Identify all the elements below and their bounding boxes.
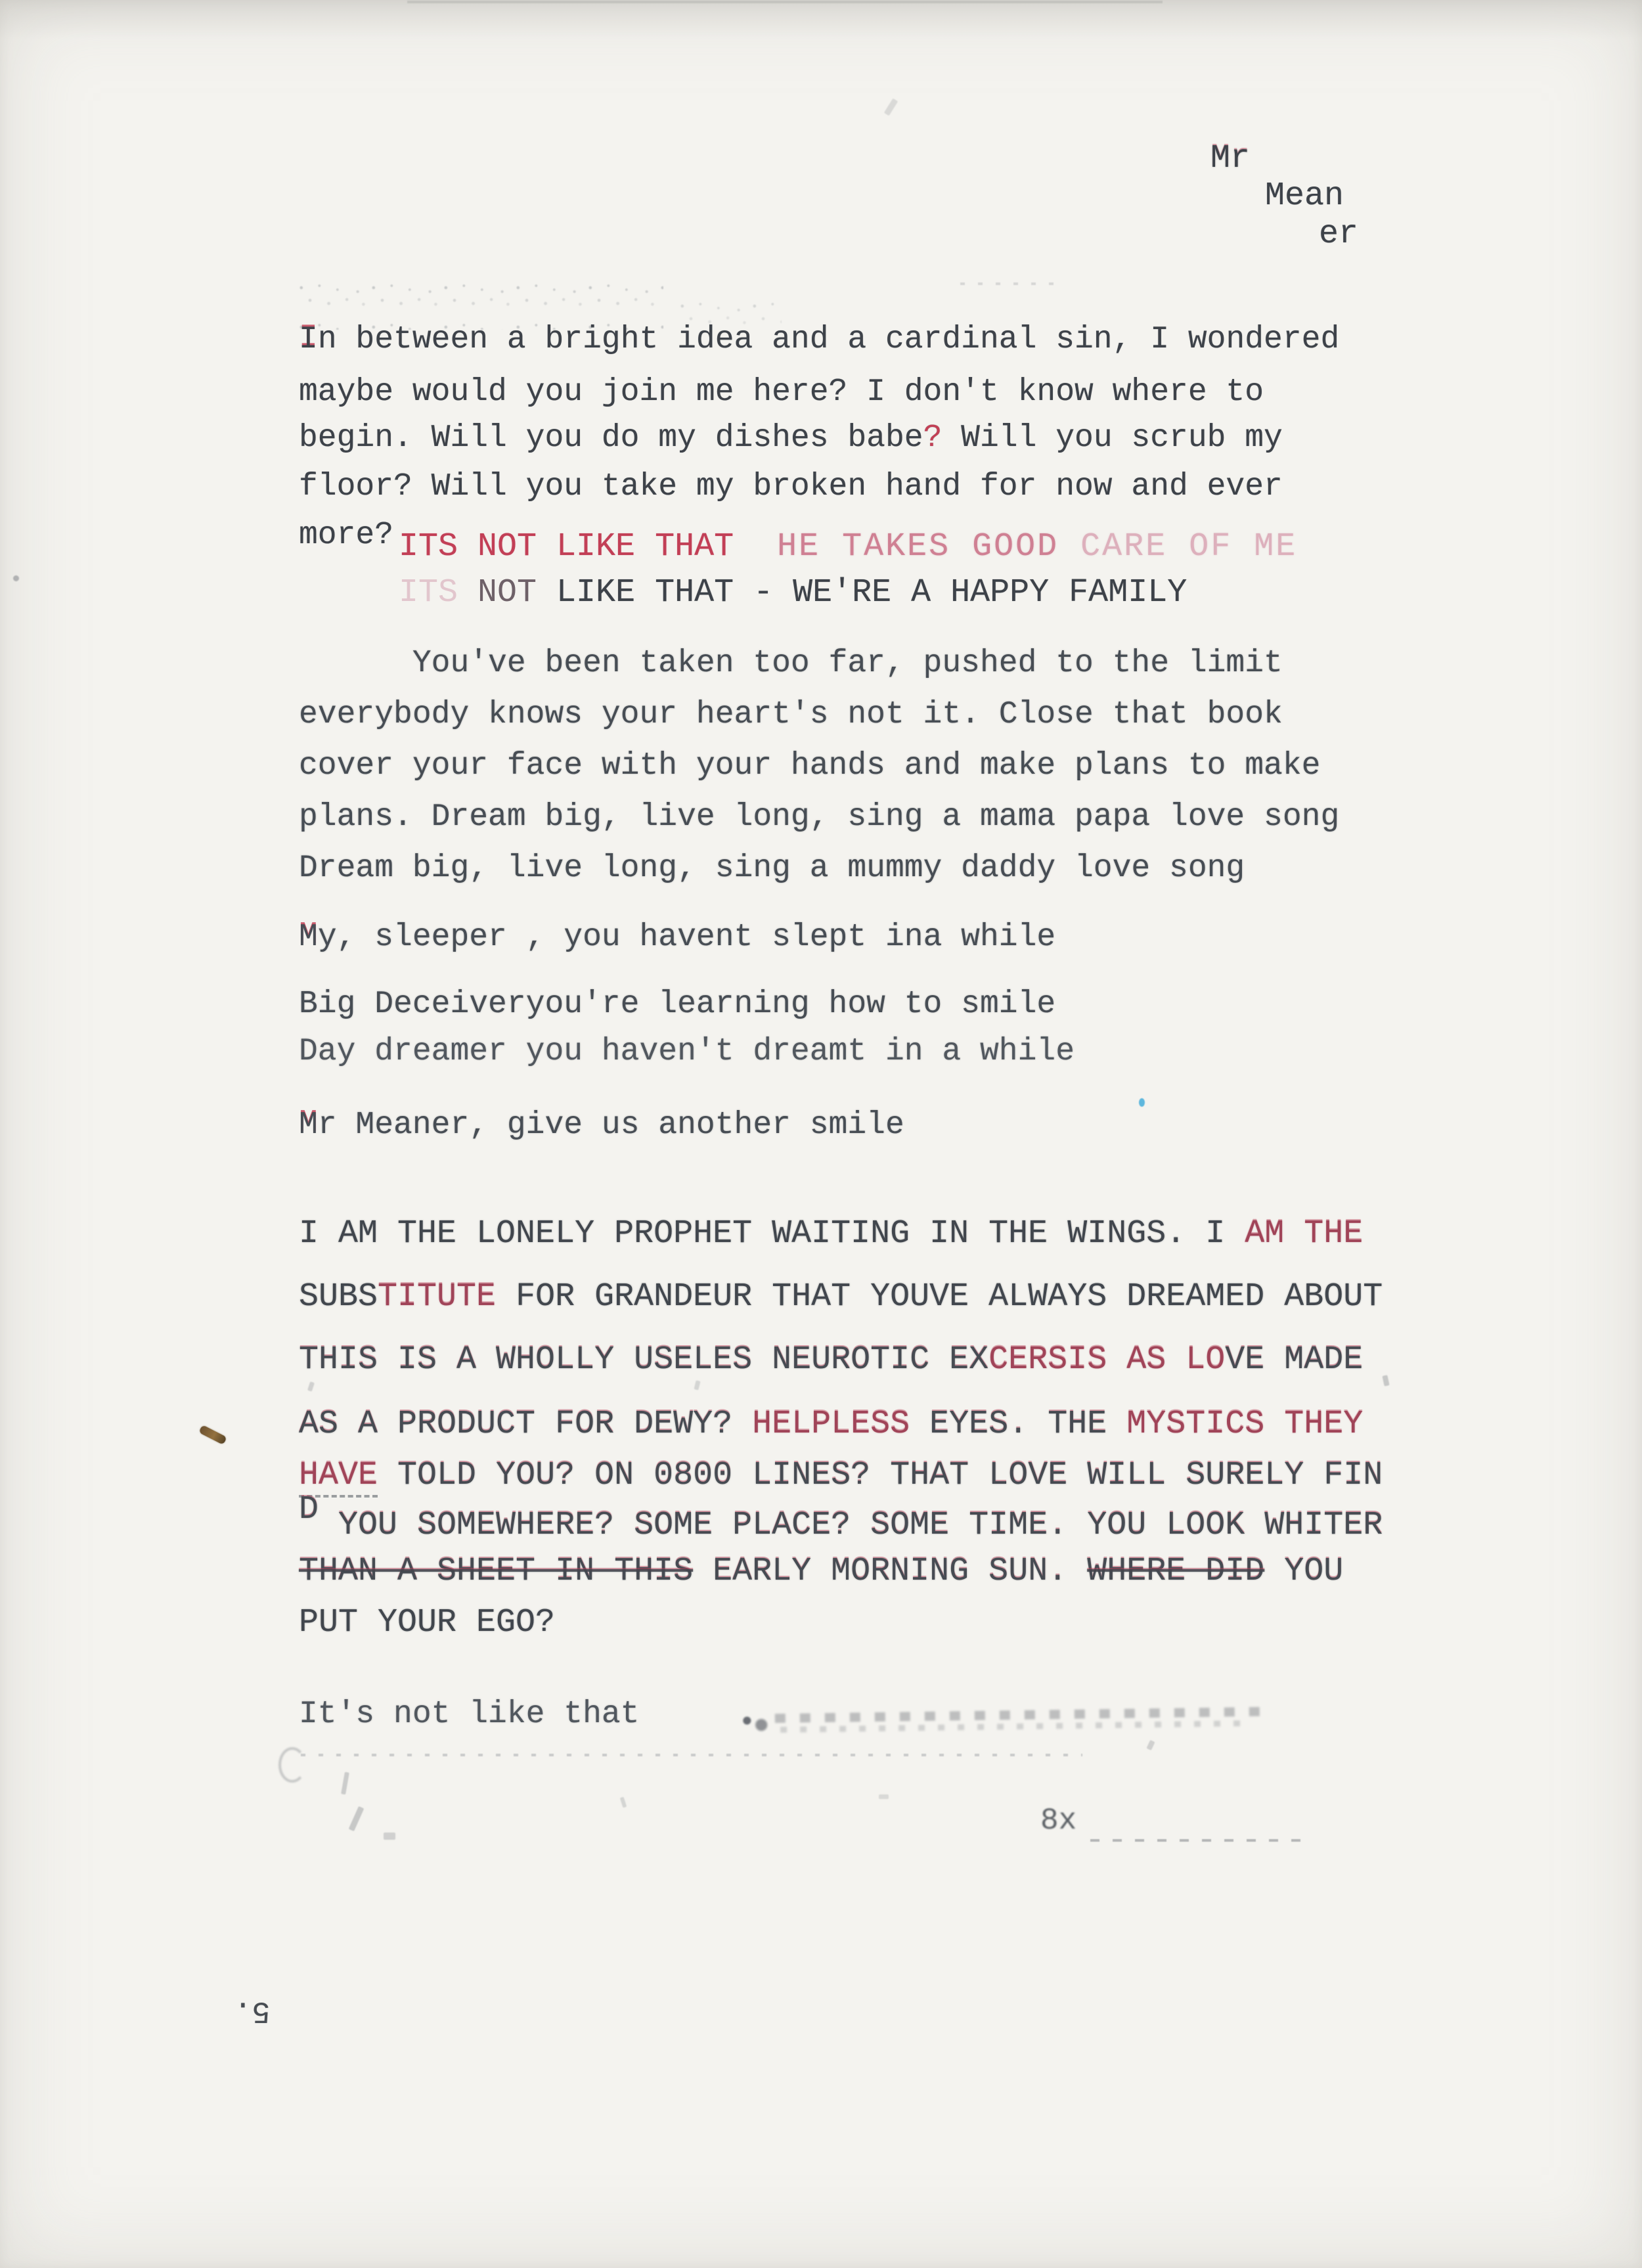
caps-line-4-p1: AS A PRODUCT FOR DEWY? (299, 1406, 752, 1443)
caps-struck-text-2: WHERE DID (1087, 1553, 1264, 1590)
caps-line-6-text: YOU SOMEWHERE? SOME PLACE? SOME TIME. YO… (319, 1507, 1383, 1544)
bridge-line-1-text: y, sleeper , you havent slept ina while (318, 920, 1055, 955)
caps-dropped-d: D (299, 1491, 319, 1528)
verse1-line-1-text: n between a bright idea and a cardinal s… (318, 322, 1339, 357)
blue-ink-dot (1139, 1098, 1145, 1107)
ink-speck (1382, 1375, 1389, 1386)
faint-dots (960, 282, 1062, 285)
caps-line-3-p1: THIS IS A WHOLLY USELES NEUROTIC EX (299, 1341, 988, 1379)
red-overstruck-initial: M (299, 1107, 318, 1143)
caps-line-1: I AM THE LONELY PROPHET WAITING IN THE W… (299, 1216, 1363, 1252)
verse1-line-3-pre: begin. Will you do my dishes babe (299, 420, 923, 456)
caps-line-7-n1: EARLY MORNING SUN. (693, 1553, 1087, 1590)
ink-speck (884, 99, 898, 116)
ink-speck (341, 1772, 349, 1795)
bridge-line-2: Big Deceiveryou're learning how to smile (299, 988, 1055, 1022)
caps-struck-text-1: THAN A SHEET IN THIS (299, 1553, 693, 1590)
caps-line-6: D YOU SOMEWHERE? SOME PLACE? SOME TIME. … (299, 1508, 1383, 1544)
chorus-dark-text: LIKE THAT - WE'RE A HAPPY FAMILY (537, 574, 1187, 611)
caps-line-3: THIS IS A WHOLLY USELES NEUROTIC EXCERSI… (299, 1343, 1363, 1378)
ink-speck (694, 1380, 700, 1390)
red-overstruck-initial: I (299, 322, 318, 357)
red-overstruck-initial: M (299, 920, 318, 955)
title-line-3: er (1319, 217, 1358, 252)
faded-dash-trail (1090, 1839, 1300, 1842)
bridge-line-4-text: r Meaner, give us another smile (318, 1107, 904, 1143)
ink-speck (620, 1796, 627, 1808)
caps-line-4-red-1: HELPLESS (752, 1406, 910, 1443)
verse2-line-5: Dream big, live long, sing a mummy daddy… (299, 852, 1245, 886)
caps-line-3-p2: VE MADE (1225, 1341, 1363, 1379)
caps-line-5: HAVE TOLD YOU? ON 0800 LINES? THAT LOVE … (299, 1458, 1383, 1494)
caps-line-7: THAN A SHEET IN THIS EARLY MORNING SUN. … (299, 1554, 1343, 1590)
verse1-line-1: In between a bright idea and a cardinal … (299, 323, 1339, 357)
chorus-line-1: ITS NOT LIKE THAT HE TAKES GOOD CARE OF … (399, 529, 1297, 565)
verse1-line-4: floor? Will you take my broken hand for … (299, 470, 1283, 504)
verse1-line-2: maybe would you join me here? I don't kn… (299, 376, 1264, 410)
bridge-line-4: Mr Meaner, give us another smile (299, 1109, 904, 1143)
red-question-mark: ? (923, 420, 943, 456)
caps-line-2-p2: FOR GRANDEUR THAT YOUVE ALWAYS DREAMED A… (496, 1278, 1383, 1316)
scan-edge-line (407, 1, 1163, 3)
verse1-line-5: more? (299, 519, 393, 553)
caps-line-7-n2: YOU (1264, 1553, 1343, 1590)
caps-line-3-red: CERSIS AS LO (988, 1341, 1225, 1379)
outro-line: It's not like that (299, 1698, 639, 1732)
ink-speck (384, 1833, 395, 1840)
caps-line-2: SUBSTITUTE FOR GRANDEUR THAT YOUVE ALWAY… (299, 1279, 1383, 1315)
typewriter-fragment: 8x (1040, 1805, 1076, 1838)
title-line-2: Mean (1265, 179, 1344, 214)
verse1-line-3: begin. Will you do my dishes babe? Will … (299, 422, 1283, 456)
ink-speck (307, 1381, 315, 1391)
page-number: 5. (234, 1994, 270, 2027)
scanned-lyric-sheet: Mr Mean er In between a bright idea and … (0, 0, 1642, 2268)
bridge-line-3: Day dreamer you haven't dreamt in a whil… (299, 1035, 1075, 1069)
faded-typewriter-smudge (775, 1703, 1262, 1744)
chorus-line-2: ITS NOT LIKE THAT - WE'RE A HAPPY FAMILY (399, 575, 1187, 611)
faded-ring-mark (278, 1747, 306, 1783)
chorus-ghost-its: ITS (399, 574, 458, 611)
faded-typewriter-smudge-lead (741, 1709, 775, 1738)
caps-line-4: AS A PRODUCT FOR DEWY? HELPLESS EYES. TH… (299, 1407, 1363, 1442)
caps-line-1-text: I AM THE LONELY PROPHET WAITING IN THE W… (299, 1215, 1245, 1253)
caps-line-8: PUT YOUR EGO? (299, 1605, 555, 1641)
verse2-line-3: cover your face with your hands and make… (299, 749, 1320, 784)
caps-line-5-text: TOLD YOU? ON 0800 LINES? THAT LOVE WILL … (378, 1457, 1383, 1494)
caps-line-4-red-2: MYSTICS THEY (1126, 1406, 1363, 1443)
verse2-line-4: plans. Dream big, live long, sing a mama… (299, 801, 1339, 835)
verse2-line-1: You've been taken too far, pushed to the… (299, 647, 1283, 681)
caps-line-2-red: TITUTE (378, 1278, 496, 1316)
caps-line-1-red: AM THE (1245, 1215, 1363, 1253)
scan-top-shade (0, 0, 1642, 39)
caps-line-4-p2: EYES. THE (910, 1406, 1126, 1443)
ink-speck (349, 1806, 365, 1831)
chorus-faded-text-2: CARE OF ME (1059, 528, 1297, 566)
faded-dotted-line (301, 1754, 1082, 1756)
ink-speck (1146, 1740, 1155, 1750)
chorus-mid-not: NOT (458, 574, 537, 611)
verse1-line-3-post: Will you scrub my (942, 420, 1282, 456)
bridge-line-1: My, sleeper , you havent slept ina while (299, 921, 1055, 955)
verse2-line-2: everybody knows your heart's not it. Clo… (299, 698, 1283, 732)
chorus-faded-text-1: HE TAKES GOOD (734, 528, 1059, 566)
pencil-mark (198, 1425, 227, 1445)
ink-speck (879, 1794, 889, 1799)
caps-line-2-p1: SUBS (299, 1278, 378, 1316)
title-line-1: Mr (1210, 141, 1250, 177)
chorus-red-text: ITS NOT LIKE THAT (399, 528, 734, 566)
ink-speck (13, 575, 19, 581)
